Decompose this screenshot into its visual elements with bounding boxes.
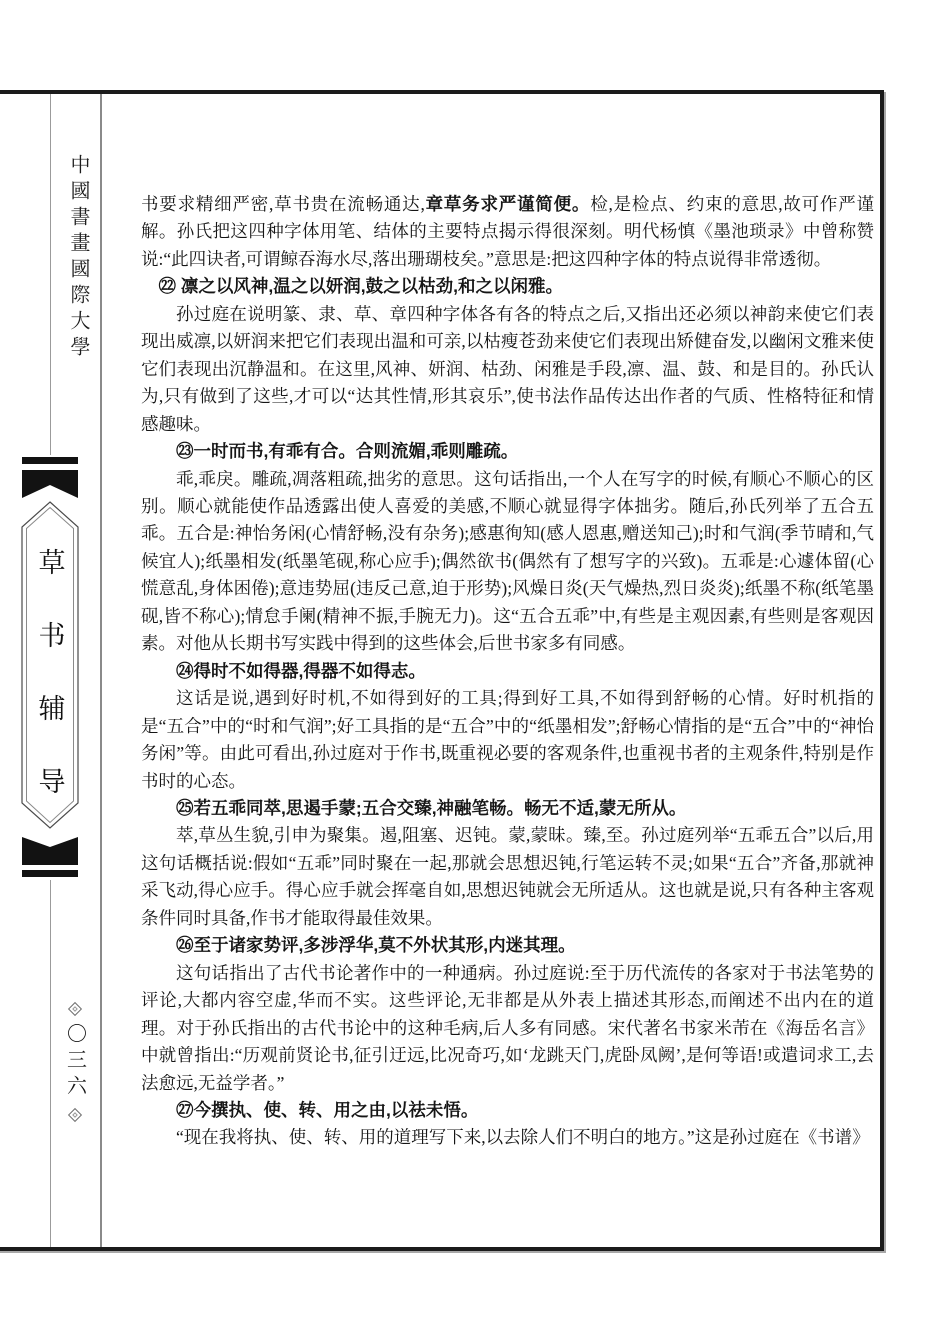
text-run: 这句话指出了古代书论著作中的一种通病。孙过庭说:至于历代流传的各家对于书法笔势的… (141, 963, 874, 1093)
sidebar-rule-left-upper (50, 94, 51, 455)
series-banner: 草书辅导 (19, 455, 81, 880)
paragraph: 乖,乖戾。雕疏,凋落粗疏,拙劣的意思。这句话指出,一个人在写字的时候,有顺心不顺… (141, 466, 874, 658)
bold-text-run: ㉗今撰执、使、转、用之由,以祛未悟。 (176, 1100, 478, 1120)
bold-text-run: ㉒ 凛之以风神,温之以妍润,鼓之以枯劲,和之以闲雅。 (159, 276, 563, 296)
diamond-icon (68, 1002, 82, 1016)
paragraph: “现在我将执、使、转、用的道理写下来,以去除人们不明白的地方。”这是孙过庭在《书… (141, 1124, 874, 1151)
section-heading: ㉗今撰执、使、转、用之由,以祛未悟。 (141, 1097, 874, 1124)
pennant-bottom-icon (22, 837, 78, 865)
diamond-icon (68, 1108, 82, 1122)
paragraph: 萃,草丛生貌,引申为聚集。遏,阻塞、迟钝。蒙,蒙昧。臻,至。孙过庭列举“五乖五合… (141, 822, 874, 932)
paragraph: 这话是说,遇到好时机,不如得到好的工具;得到好工具,不如得到舒畅的心情。好时机指… (141, 685, 874, 795)
page-number: 〇三六 (58, 1004, 92, 1120)
text-run: 乖,乖戾。雕疏,凋落粗疏,拙劣的意思。这句话指出,一个人在写字的时候,有顺心不顺… (141, 469, 874, 654)
page-number-digits: 〇三六 (61, 1023, 90, 1101)
bold-text-run: ㉔得时不如得器,得器不如得志。 (176, 661, 426, 681)
paragraph: 孙过庭在说明篆、隶、草、章四种字体各有各的特点之后,又指出还必须以神韵来使它们表… (141, 301, 874, 438)
section-heading: ㉖至于诸家势评,多涉浮华,莫不外状其形,内迷其理。 (141, 932, 874, 959)
text-run: 孙过庭在说明篆、隶、草、章四种字体各有各的特点之后,又指出还必须以神韵来使它们表… (141, 304, 874, 434)
article: 书要求精细严密,草书贵在流畅通达,章草务求严谨简便。检,是检点、约束的意思,故可… (141, 191, 874, 1152)
book-page: 中國書畫國際大學 草书辅导 〇三六 书要求精细严密,草书贵在流畅通达,章草务求严… (0, 0, 950, 1344)
banner-title: 草书辅导 (31, 548, 70, 840)
sidebar-rule-left-lower (50, 880, 51, 1247)
ribbon-bar-bottom-icon (22, 870, 78, 877)
diamond-icon-inner (72, 1006, 78, 1012)
diamond-icon-inner (72, 1112, 78, 1118)
section-heading: ㉓一时而书,有乖有合。合则流媚,乖则雕疏。 (141, 438, 874, 465)
sidebar-rule-right (100, 94, 102, 1247)
section-heading: ㉔得时不如得器,得器不如得志。 (141, 658, 874, 685)
ribbon-bar-top-icon (22, 457, 78, 464)
bold-text-run: ㉕若五乖同萃,思遏手蒙;五合交臻,神融笔畅。畅无不适,蒙无所从。 (176, 798, 686, 818)
pennant-top-icon (22, 470, 78, 498)
publisher-title: 中國書畫國際大學 (64, 154, 93, 362)
text-run: 萃,草丛生貌,引申为聚集。遏,阻塞、迟钝。蒙,蒙昧。臻,至。孙过庭列举“五乖五合… (141, 825, 874, 927)
text-run: “现在我将执、使、转、用的道理写下来,以去除人们不明白的地方。”这是孙过庭在《书… (176, 1127, 870, 1147)
section-heading: ㉕若五乖同萃,思遏手蒙;五合交臻,神融笔畅。畅无不适,蒙无所从。 (141, 795, 874, 822)
bold-text-run: 章草务求严谨简便。 (425, 194, 590, 214)
bold-text-run: ㉖至于诸家势评,多涉浮华,莫不外状其形,内迷其理。 (176, 935, 576, 955)
text-run: 这话是说,遇到好时机,不如得到好的工具;得到好工具,不如得到舒畅的心情。好时机指… (141, 688, 874, 790)
section-heading: ㉒ 凛之以风神,温之以妍润,鼓之以枯劲,和之以闲雅。 (141, 273, 874, 300)
bold-text-run: ㉓一时而书,有乖有合。合则流媚,乖则雕疏。 (176, 441, 518, 461)
text-run: 书要求精细严密,草书贵在流畅通达, (141, 194, 425, 214)
paragraph: 书要求精细严密,草书贵在流畅通达,章草务求严谨简便。检,是检点、约束的意思,故可… (141, 191, 874, 273)
paragraph: 这句话指出了古代书论著作中的一种通病。孙过庭说:至于历代流传的各家对于书法笔势的… (141, 960, 874, 1097)
